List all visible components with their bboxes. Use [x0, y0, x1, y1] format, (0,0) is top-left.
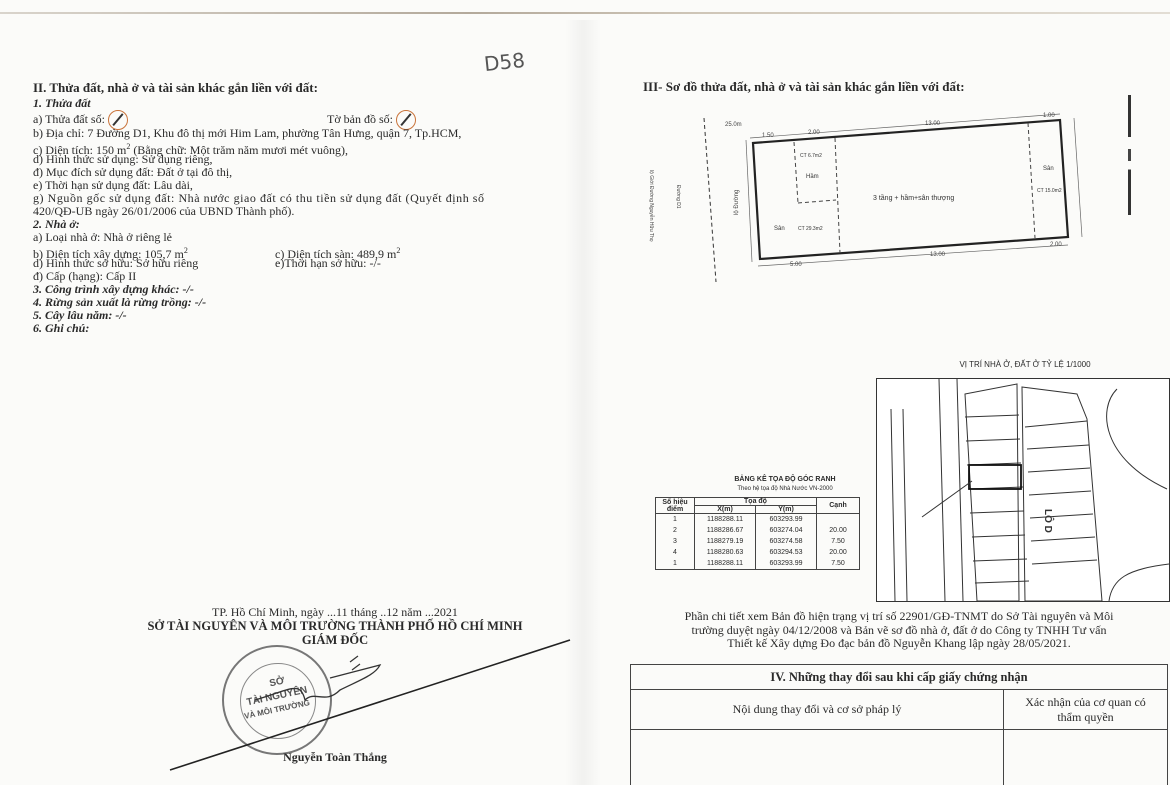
svg-text:CT 29.3m2: CT 29.3m2: [798, 226, 823, 232]
changes-col-confirmation: Xác nhận của cơ quan có thẩm quyền: [1004, 690, 1168, 730]
svg-text:lộ Giới Đường Nguyễn Hữu Thọ: lộ Giới Đường Nguyễn Hữu Thọ: [648, 170, 655, 242]
svg-text:25.0m: 25.0m: [725, 122, 742, 128]
coord-table-title: BẢNG KÊ TỌA ĐỘ GÓC RANH: [695, 476, 875, 483]
svg-text:lộ Đường: lộ Đường: [734, 190, 740, 215]
coord-table-subtitle: Theo hệ tọa độ Nhà Nước VN-2000: [695, 486, 875, 492]
svg-text:1.50: 1.50: [762, 133, 774, 139]
svg-text:5.00: 5.00: [790, 262, 802, 268]
location-map-title: VỊ TRÍ NHÀ Ở, ĐẤT Ở TỶ LỆ 1/1000: [880, 360, 1170, 369]
svg-text:13.00: 13.00: [925, 121, 941, 127]
svg-text:Hầm: Hầm: [806, 174, 819, 180]
coord-row: 21188286.67603274.0420.00: [656, 525, 860, 536]
detail-note: Phần chi tiết xem Bản đồ hiện trạng vị t…: [630, 610, 1168, 651]
svg-text:2.00: 2.00: [808, 130, 820, 136]
section-4-title: IV. Những thay đổi sau khi cấp giấy chứn…: [631, 665, 1168, 690]
svg-text:Sân: Sân: [1043, 166, 1054, 172]
changes-confirm-cell: [1004, 730, 1168, 785]
signer-name: Nguyễn Toàn Thắng: [130, 750, 540, 765]
svg-text:3 tầng + hầm+sân thượng: 3 tầng + hầm+sân thượng: [873, 193, 954, 202]
coordinate-table: Số hiệu điểm Tọa độ Cạnh X(m)Y(m) 111882…: [655, 497, 860, 570]
site-plan-drawing: 25.0m 1.50 2.00 13.00 1.00 5.00 13.00 2.…: [640, 100, 1100, 300]
coord-row: 11188288.11603293.997.50: [656, 558, 860, 570]
svg-text:1.00: 1.00: [1043, 113, 1055, 119]
changes-col-content: Nội dung thay đổi và cơ sở pháp lý: [631, 690, 1004, 730]
coord-row: 11188288.11603293.99: [656, 514, 860, 526]
coord-row: 41188280.63603294.5320.00: [656, 547, 860, 558]
svg-text:LÔ D: LÔ D: [1042, 509, 1055, 533]
location-map: LÔ D: [876, 378, 1170, 602]
svg-text:CT 6.7m2: CT 6.7m2: [800, 153, 822, 159]
north-arrow-icon: [1128, 95, 1131, 215]
svg-text:CT 15.0m2: CT 15.0m2: [1037, 188, 1062, 194]
section-3-title: III- Sơ đồ thửa đất, nhà ở và tài sản kh…: [643, 79, 965, 95]
changes-content-cell: [631, 730, 1004, 785]
changes-table: IV. Những thay đổi sau khi cấp giấy chứn…: [630, 664, 1168, 785]
svg-text:13.00: 13.00: [930, 252, 946, 258]
svg-text:Sân: Sân: [774, 226, 785, 232]
coord-row: 31188279.19603274.587.50: [656, 536, 860, 547]
svg-text:Đường D1: Đường D1: [675, 185, 681, 209]
svg-text:2.00: 2.00: [1050, 242, 1062, 248]
